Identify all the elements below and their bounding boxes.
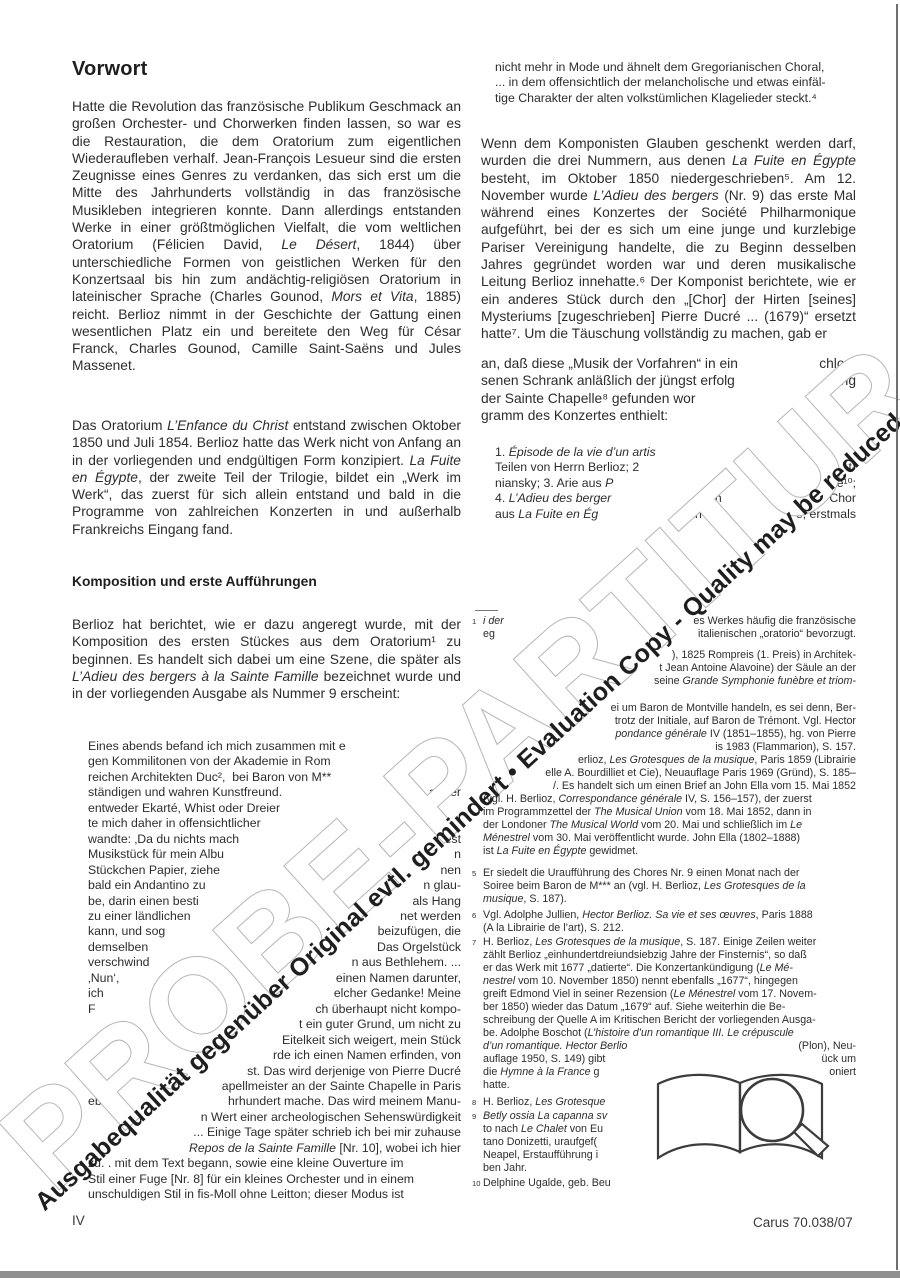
footnote: 1i deres Werkes häufig die französischee… (483, 615, 856, 641)
footnote-line: /. Es handelt sich um einen Brief an Joh… (483, 780, 856, 793)
paragraph: Das Oratorium L’Enfance du Christ entsta… (72, 417, 461, 538)
footnote-line: ist La Fuite en Égypte gewidmet. (483, 845, 856, 858)
footnote-line: er das Werk mit 1677 „datierte“. Die Kon… (483, 962, 856, 975)
footnote-number: 10 (472, 1177, 480, 1190)
footnote: 10Delphine Ugalde, geb. Beu (483, 1177, 856, 1190)
footnote-line: nestrel vom 10. November 1850) nennt ebe… (483, 975, 856, 988)
quote-line: n Wert einer archeologischen Sehenswürdi… (88, 1110, 461, 1125)
quote-line: ... in dem offensichtlich der melancholi… (495, 75, 856, 90)
footnote-line: Soiree beim Baron de M*** an (vgl. H. Be… (483, 880, 856, 893)
quote-line: ‚Nun‘,einen Namen darunter, (88, 971, 461, 986)
footnote: ), 1825 Rompreis (1. Preis) in Architek-… (483, 649, 856, 688)
paragraph-fragment-line: gramm des Konzertes enthielt: (481, 407, 856, 424)
quote-line: Musikstück für mein Albun (88, 847, 461, 862)
footnote-line: ), 1825 Rompreis (1. Preis) in Architek- (483, 649, 856, 662)
quote-line: Eitelkeit sich weigert, mein Stück (88, 1033, 461, 1048)
page-edge-bottom (0, 1271, 900, 1278)
page-title: Vorwort (72, 58, 147, 81)
section-heading: Komposition und erste Aufführungen (72, 574, 317, 589)
footnote-line: H. Berlioz, Les Grotesques de la musique… (483, 936, 856, 949)
page-edge-right (896, 4, 898, 1270)
footnote-line: t Jean Antoine Alavoine) der Säule an de… (483, 662, 856, 675)
quote-line: rde ich einen Namen erfinden, von (88, 1048, 461, 1063)
paragraph-fragment-line: senen Schrank anläßlich der jüngst erfol… (481, 372, 856, 389)
program-line: 1. Épisode de la vie d’un artis (495, 445, 856, 460)
footnote-line: im Programmzettel der The Musical Union … (483, 806, 856, 819)
footnote-number: 5 (472, 867, 476, 880)
page-number: IV (72, 1213, 85, 1228)
quote-line: ichelcher Gedanke! Meine (88, 986, 461, 1001)
footnote-line: is 1983 (Flammarion), S. 157. (483, 741, 856, 754)
footnote-line: greift Edmond Viel in seiner Rezension (… (483, 988, 856, 1001)
footnote-number: 7 (472, 936, 476, 949)
quote-line: ... Einige Tage später schrieb ich bei m… (88, 1125, 461, 1140)
document-page: Vorwort Hatte die Revolution das französ… (0, 0, 900, 1278)
footnote-line: Delphine Ugalde, geb. Beu (483, 1177, 856, 1190)
quote-line: ständigen und wahren Kunstfreund.außer (88, 785, 461, 800)
edition-number: Carus 70.038/07 (753, 1215, 853, 1230)
footnote: 6Vgl. Adolphe Jullien, Hector Berlioz. S… (483, 909, 856, 935)
quote-line: tige Charakter der alten volkstümlichen … (495, 91, 856, 106)
block-quote: Eines abends befand ich mich zusammen mi… (88, 739, 461, 1203)
footnote-line: Vgl. Adolphe Jullien, Hector Berlioz. Sa… (483, 909, 856, 922)
quote-line: verschwindn aus Bethlehem. ... (88, 955, 461, 970)
quote-line: Stückchen Papier, ziehenen (88, 863, 461, 878)
footnote-line: elle A. Bourdilliet et Cie), Neuauflage … (483, 767, 856, 780)
paragraph-fragment-line: an, daß diese „Musik der Vorfahren“ in e… (481, 355, 856, 372)
footnote-line: ber 1850) wieder das Datum „1679“ auf. S… (483, 1001, 856, 1014)
quote-line: te mich daher in offensichtlicher (88, 816, 461, 831)
paragraph: Hatte die Revolution das französische Pu… (72, 98, 461, 375)
quote-line: unschuldigen Stil in fis-Moll ohne Leitt… (88, 1187, 461, 1202)
footnote-line: auflage 1950, S. 149) gibtück um (483, 1053, 856, 1066)
footnote-line: be. Adolphe Boschot (L’histoire d’un rom… (483, 1027, 856, 1040)
footnote-line: Ménestrel vom 30. Mai veröffentlicht wur… (483, 832, 856, 845)
quote-line: reichen Architekten Duc², bei Baron von … (88, 770, 461, 785)
footnote-number: 8 (472, 1096, 476, 1109)
footnote: ei um Baron de Montville handeln, es sei… (483, 702, 856, 754)
quote-line: wandte: ‚Da du nichts machest (88, 832, 461, 847)
footnote-number: 6 (472, 909, 476, 922)
quote-line: entweder Ekarté, Whist oder Dreier (88, 801, 461, 816)
program-line: aus La Fuite en Égvon ..é, erstmals (495, 507, 856, 522)
paragraph-fragments: an, daß diese „Musik der Vorfahren“ in e… (481, 355, 856, 424)
program-line: niansky; 3. Arie aus Pade¹⁰; (495, 476, 856, 491)
footnote-line: (vgl. H. Berlioz, Correspondance général… (483, 793, 856, 806)
program-line: 4. L’Adieu des bergere hür Chor (495, 491, 856, 506)
footnote-line: trotz der Initiale, auf Baron de Trémont… (483, 715, 856, 728)
book-magnifier-icon (650, 1066, 832, 1172)
footnote-line: Er siedelt die Uraufführung des Chores N… (483, 867, 856, 880)
quote-line: Je.apellmeister an der Sainte Chapelle i… (88, 1079, 461, 1094)
footnote-line: pondance générale IV (1851–1855), hg. vo… (483, 728, 856, 741)
program-line: Teilen von Herrn Berlioz; 2t- (495, 460, 856, 475)
footnote-line: der Londoner The Musical World vom 20. M… (483, 819, 856, 832)
footnote-line: erlioz, Les Grotesques de la musique, Pa… (483, 754, 856, 767)
quote-line: st. Das wird derjenige von Pierre Ducré (88, 1064, 461, 1079)
footnote-line: seine Grande Symphonie funèbre et triom- (483, 675, 856, 688)
paragraph-fragment-line: der Sainte Chapelle⁸ gefunden wor (481, 390, 856, 407)
footnote-number: 9 (472, 1110, 476, 1123)
quote-line: be, darin einen bestials Hang (88, 894, 461, 909)
program-list: 1. Épisode de la vie d’un artisTeilen vo… (495, 445, 856, 522)
footnote-line: d’un romantique. Hector Berlio(Plon), Ne… (483, 1040, 856, 1053)
quote-line: Eines abends befand ich mich zusammen mi… (88, 739, 461, 754)
quote-line: gen Kommilitonen von der Akademie in Rom (88, 754, 461, 769)
footnote-line: ei um Baron de Montville handeln, es sei… (483, 702, 856, 715)
quote-line: Fch überhaupt nicht kompo- (88, 1002, 461, 1017)
quote-line: t ein guter Grund, um nicht zu (88, 1017, 461, 1032)
footnote-number: 1 (472, 615, 476, 628)
quote-line: eb:hrhundert mache. Das wird meinem Manu… (88, 1094, 461, 1109)
quote-line: zu. . mit dem Text begann, sowie eine kl… (88, 1156, 461, 1171)
quote-continuation: nicht mehr in Mode und ähnelt dem Gregor… (495, 60, 856, 106)
quote-line: demselbenDas Orgelstück (88, 940, 461, 955)
paragraph: Berlioz hat berichtet, wie er dazu anger… (72, 616, 461, 702)
footnote-line: schreibung der Quelle A im Kritischen Be… (483, 1014, 856, 1027)
footnote: 5Er siedelt die Uraufführung des Chores … (483, 867, 856, 906)
quote-line: Stil einer Fuge [Nr. 8] für ein kleines … (88, 1172, 461, 1187)
quote-line: zu einer ländlichennet werden (88, 909, 461, 924)
footnote-line: zählt Berlioz „einhundertdreiundsiebzig … (483, 949, 856, 962)
quote-line: Repos de la Sainte Famille [Nr. 10], wob… (88, 1141, 461, 1156)
quote-line: nicht mehr in Mode und ähnelt dem Gregor… (495, 60, 856, 75)
footnote-rule (475, 610, 498, 611)
paragraph: Wenn dem Komponisten Glauben geschenkt w… (481, 135, 856, 343)
footnote-line: (A la Librairie de l’art), S. 212. (483, 922, 856, 935)
quote-line: bald ein Andantino zun glau- (88, 878, 461, 893)
footnote: erlioz, Les Grotesques de la musique, Pa… (483, 754, 856, 858)
quote-line: kann, und sogbeizufügen, die (88, 924, 461, 939)
footnote-line: musique, S. 187). (483, 893, 856, 906)
footnote-line: egitalienischen „oratorio“ bevorzugt. (483, 628, 856, 641)
footnote-line: i deres Werkes häufig die französische (483, 615, 856, 628)
